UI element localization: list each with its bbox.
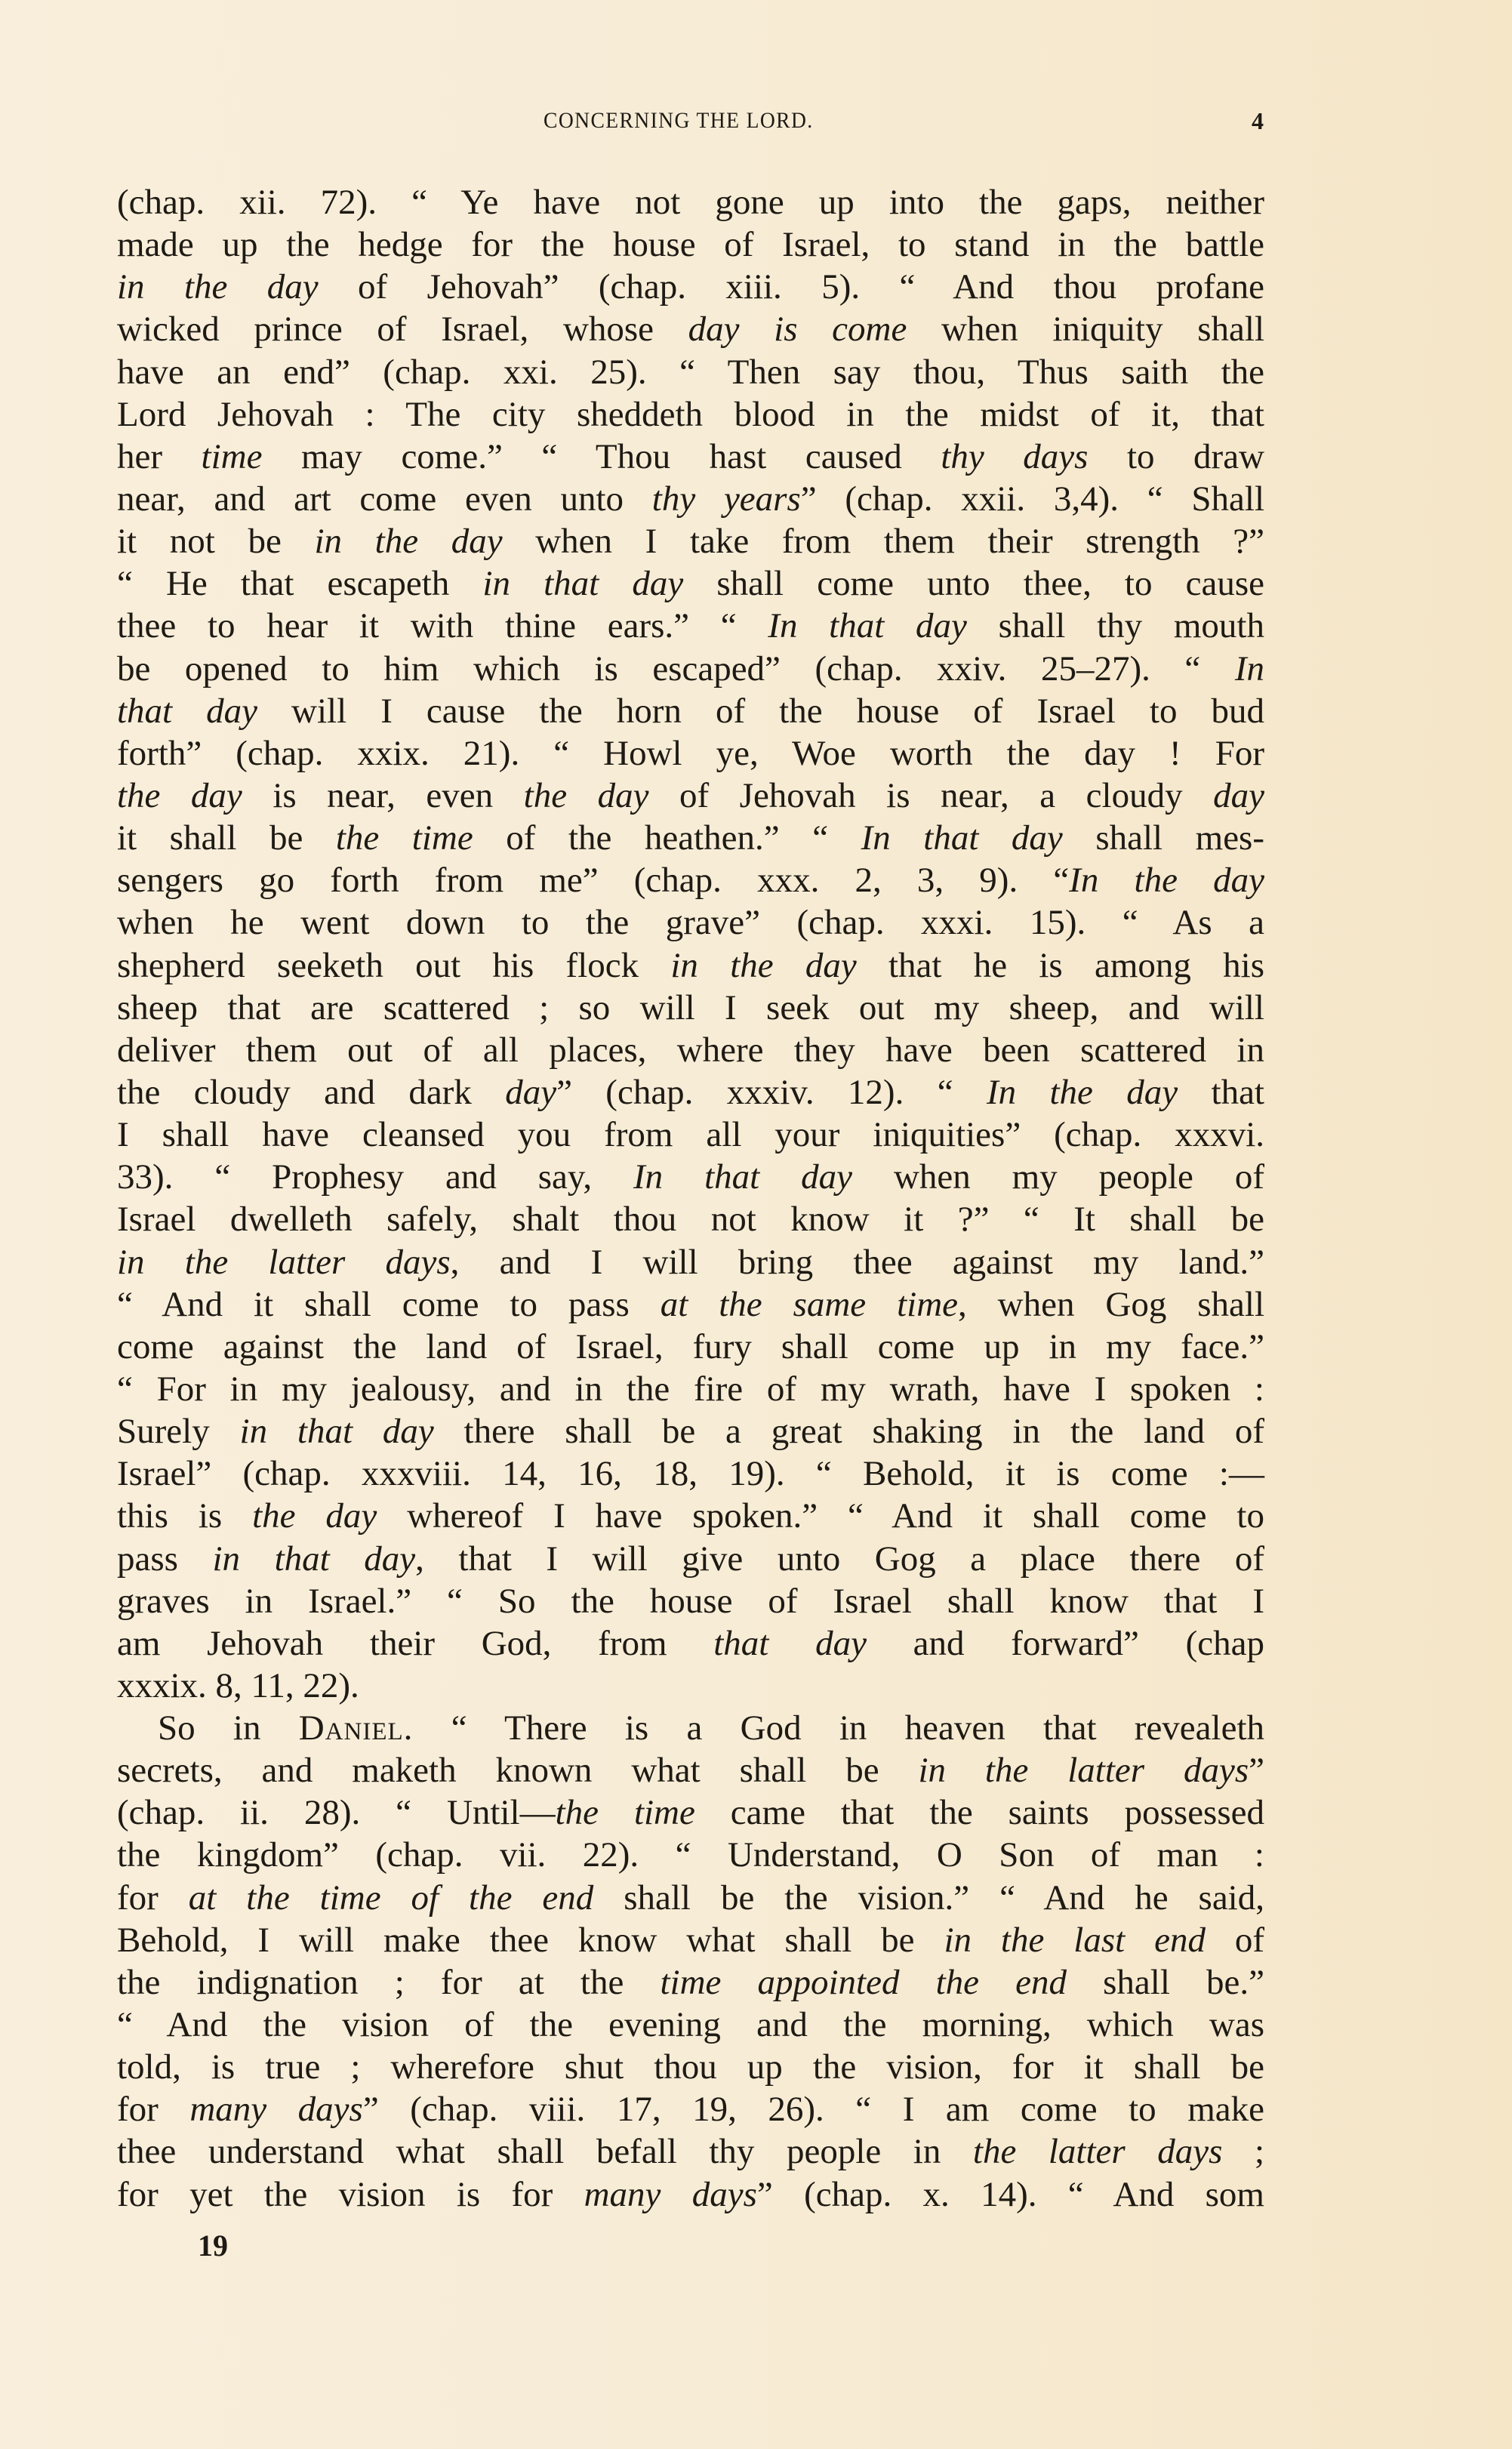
italic-emphasis: day <box>1213 776 1264 815</box>
text-line: “ For in my jealousy, and in the fire of… <box>117 1368 1264 1410</box>
text-run: and forward” (chap <box>867 1624 1264 1663</box>
text-run: when I take from them their strength ?” <box>503 522 1264 561</box>
page-number: 4 <box>1252 104 1264 137</box>
text-line: Israel dwelleth safely, shalt thou not k… <box>117 1198 1264 1240</box>
italic-emphasis: at the time of the end <box>189 1878 594 1918</box>
text-run: shall be.” <box>1067 1963 1264 2002</box>
text-run: ” (chap. xxxiv. 12). “ <box>556 1073 987 1112</box>
italic-emphasis: the day <box>252 1496 377 1536</box>
italic-emphasis: the latter days <box>973 2132 1223 2171</box>
text-run: the cloudy and dark <box>117 1073 505 1112</box>
text-line: the kingdom” (chap. vii. 22). “ Understa… <box>117 1834 1264 1876</box>
text-line: “ He that escapeth in that day shall com… <box>117 562 1264 605</box>
text-run: secrets, and maketh known what shall be <box>117 1751 918 1790</box>
text-run: shall thy mouth <box>967 606 1264 645</box>
text-line: (chap. xii. 72). “ Ye have not gone up i… <box>117 181 1264 223</box>
text-run: , that I will give unto Gog a place ther… <box>415 1539 1264 1579</box>
text-line: Israel” (chap. xxxviii. 14, 16, 18, 19).… <box>117 1452 1264 1495</box>
italic-emphasis: In the day <box>987 1073 1178 1112</box>
italic-emphasis: thy days <box>941 437 1088 476</box>
italic-emphasis: the day <box>117 776 242 815</box>
text-run: it shall be <box>117 818 336 858</box>
text-run: this is <box>117 1496 252 1536</box>
text-line: it not be in the day when I take from th… <box>117 520 1264 562</box>
text-run: thee understand what shall befall thy pe… <box>117 2132 973 2171</box>
text-run: of the heathen.” “ <box>473 818 861 858</box>
text-line: the cloudy and dark day” (chap. xxxiv. 1… <box>117 1071 1264 1114</box>
text-run: , and I will bring thee against my land.… <box>451 1243 1264 1282</box>
text-line: Behold, I will make thee know what shall… <box>117 1919 1264 1961</box>
text-line: come against the land of Israel, fury sh… <box>117 1326 1264 1368</box>
italic-emphasis: in that day <box>482 564 683 603</box>
text-line: “ And it shall come to pass at the same … <box>117 1283 1264 1326</box>
text-run: , when Gog shall <box>958 1285 1264 1324</box>
text-run: is near, even <box>242 776 524 815</box>
text-run: shepherd seeketh out his flock <box>117 946 670 985</box>
italic-emphasis: time appointed the end <box>660 1963 1067 2002</box>
text-run: am Jehovah their God, from <box>117 1624 713 1663</box>
text-line: have an end” (chap. xxi. 25). “ Then say… <box>117 351 1264 393</box>
text-run: “ For in my jealousy, and in the fire of… <box>117 1369 1264 1409</box>
text-line: forth” (chap. xxix. 21). “ Howl ye, Woe … <box>117 732 1264 775</box>
text-run: that he is among his <box>857 946 1264 985</box>
text-run: of Jehovah” (chap. xiii. 5). “ And thou … <box>319 267 1264 307</box>
text-run: Lord Jehovah : The city sheddeth blood i… <box>117 395 1264 434</box>
text-run: for <box>117 2090 189 2129</box>
text-run: Israel dwelleth safely, shalt thou not k… <box>117 1200 1264 1239</box>
italic-emphasis: the day <box>524 776 649 815</box>
text-run: it not be <box>117 522 314 561</box>
text-line: the indignation ; for at the time appoin… <box>117 1961 1264 2004</box>
text-run: the indignation ; for at the <box>117 1963 660 2002</box>
text-run: to draw <box>1088 437 1264 476</box>
italic-emphasis: day <box>505 1073 556 1112</box>
italic-emphasis: thy years <box>652 479 801 519</box>
text-run: ” (chap. x. 14). “ And som <box>757 2175 1264 2214</box>
text-run: ” (chap. viii. 17, 19, 26). “ I am come … <box>363 2090 1264 2129</box>
text-line: it shall be the time of the heathen.” “ … <box>117 817 1264 859</box>
text-line: her time may come.” “ Thou hast caused t… <box>117 436 1264 478</box>
italic-emphasis: the time <box>556 1793 695 1832</box>
text-line: the day is near, even the day of Jehovah… <box>117 775 1264 817</box>
text-run: ” (chap. xxii. 3,4). “ Shall <box>801 479 1264 519</box>
text-line: for many days” (chap. viii. 17, 19, 26).… <box>117 2088 1264 2130</box>
text-run: thee to hear it with thine ears.” “ <box>117 606 768 645</box>
text-run: will I cause the horn of the house of Is… <box>257 692 1264 731</box>
text-line: deliver them out of all places, where th… <box>117 1029 1264 1071</box>
text-run: sengers go forth from me” (chap. xxx. 2,… <box>117 861 1069 900</box>
text-line: be opened to him which is escaped” (chap… <box>117 648 1264 690</box>
italic-emphasis: in the latter days <box>117 1243 451 1282</box>
text-run: when iniquity shall <box>907 310 1264 349</box>
text-line: shepherd seeketh out his flock in the da… <box>117 944 1264 987</box>
text-run: when my people of <box>852 1157 1264 1197</box>
text-line: So in Daniel. “ There is a God in heaven… <box>117 1707 1264 1749</box>
text-run: have an end” (chap. xxi. 25). “ Then say… <box>117 353 1264 392</box>
text-line: Surely in that day there shall be a grea… <box>117 1410 1264 1452</box>
italic-emphasis: In that day <box>768 606 967 645</box>
text-run: xxxix. 8, 11, 22). <box>117 1666 359 1705</box>
text-run: Israel” (chap. xxxviii. 14, 16, 18, 19).… <box>117 1454 1264 1493</box>
text-run: for <box>117 1878 189 1918</box>
text-line: pass in that day, that I will give unto … <box>117 1538 1264 1580</box>
italic-emphasis: in that day <box>240 1412 434 1451</box>
text-run: the kingdom” (chap. vii. 22). “ Understa… <box>117 1835 1264 1874</box>
text-run: her <box>117 437 202 476</box>
italic-emphasis: In the day <box>1069 861 1264 900</box>
italic-emphasis: in the latter days <box>918 1751 1249 1790</box>
book-page: CONCERNING THE LORD. 4 (chap. xii. 72). … <box>0 0 1512 2449</box>
text-run: Behold, I will make thee know what shall… <box>117 1921 944 1960</box>
text-run: shall mes- <box>1063 818 1264 858</box>
text-run: sheep that are scattered ; so will I see… <box>117 988 1264 1027</box>
italic-emphasis: at the same time <box>661 1285 958 1324</box>
text-run: whereof I have spoken.” “ And it shall c… <box>377 1496 1264 1536</box>
italic-emphasis: time <box>202 437 263 476</box>
text-run: ” <box>1249 1751 1264 1790</box>
text-run: 33). “ Prophesy and say, <box>117 1157 633 1197</box>
text-run: made up the hedge for the house of Israe… <box>117 225 1264 264</box>
text-line: for yet the vision is for many days” (ch… <box>117 2173 1264 2216</box>
italic-emphasis: day is come <box>688 310 907 349</box>
text-run: when he went down to the grave” (chap. x… <box>117 903 1264 942</box>
text-line: am Jehovah their God, from that day and … <box>117 1622 1264 1665</box>
italic-emphasis: in the last end <box>944 1921 1205 1960</box>
italic-emphasis: that day <box>117 692 257 731</box>
text-line: that day will I cause the horn of the ho… <box>117 690 1264 732</box>
text-line: sengers go forth from me” (chap. xxx. 2,… <box>117 859 1264 901</box>
italic-emphasis: in that day <box>212 1539 415 1579</box>
text-line: made up the hedge for the house of Israe… <box>117 223 1264 266</box>
text-run: “ And it shall come to pass <box>117 1285 661 1324</box>
text-run: that <box>1178 1073 1264 1112</box>
text-line: graves in Israel.” “ So the house of Isr… <box>117 1580 1264 1622</box>
text-line: told, is true ; wherefore shut thou up t… <box>117 2046 1264 2088</box>
text-run: there shall be a great shaking in the la… <box>434 1412 1264 1451</box>
text-line: thee understand what shall befall thy pe… <box>117 2130 1264 2173</box>
italic-emphasis: In that day <box>861 818 1063 858</box>
text-run: “ And the vision of the evening and the … <box>117 2005 1264 2044</box>
text-line: Lord Jehovah : The city sheddeth blood i… <box>117 393 1264 436</box>
text-run: for yet the vision is for <box>117 2175 584 2214</box>
text-run: of Jehovah is near, a cloudy <box>648 776 1213 815</box>
text-line: 33). “ Prophesy and say, In that day whe… <box>117 1156 1264 1198</box>
text-run: near, and art come even unto <box>117 479 652 519</box>
italic-emphasis: the time <box>336 818 473 858</box>
italic-emphasis: many days <box>584 2175 757 2214</box>
text-run: told, is true ; wherefore shut thou up t… <box>117 2047 1264 2087</box>
text-run: of <box>1206 1921 1264 1960</box>
text-run: shall come unto thee, to cause <box>683 564 1264 603</box>
italic-emphasis: In that day <box>633 1157 852 1197</box>
text-run: Surely <box>117 1412 240 1451</box>
text-run: “ There is a God in heaven that revealet… <box>413 1708 1264 1748</box>
text-line: near, and art come even unto thy years” … <box>117 478 1264 520</box>
text-line: when he went down to the grave” (chap. x… <box>117 901 1264 944</box>
text-line: secrets, and maketh known what shall be … <box>117 1749 1264 1791</box>
text-line: this is the day whereof I have spoken.” … <box>117 1495 1264 1537</box>
text-run: forth” (chap. xxix. 21). “ Howl ye, Woe … <box>117 734 1264 773</box>
text-run: I shall have cleansed you from all your … <box>117 1115 1264 1154</box>
italic-emphasis: in the day <box>314 522 502 561</box>
text-run: (chap. ii. 28). “ Until— <box>117 1793 556 1832</box>
text-run: be opened to him which is escaped” (chap… <box>117 649 1235 688</box>
signature-mark: 19 <box>198 2227 228 2265</box>
italic-emphasis: In <box>1235 649 1264 688</box>
text-line: in the day of Jehovah” (chap. xiii. 5). … <box>117 266 1264 308</box>
text-line: sheep that are scattered ; so will I see… <box>117 987 1264 1029</box>
text-run: came that the saints possessed <box>695 1793 1264 1832</box>
text-line: for at the time of the end shall be the … <box>117 1877 1264 1919</box>
text-run: wicked prince of Israel, whose <box>117 310 688 349</box>
text-line: (chap. ii. 28). “ Until—the time came th… <box>117 1791 1264 1834</box>
italic-emphasis: in the day <box>117 267 319 307</box>
text-line: thee to hear it with thine ears.” “ In t… <box>117 605 1264 647</box>
text-run: ; <box>1222 2132 1264 2171</box>
italic-emphasis: many days <box>189 2090 362 2129</box>
italic-emphasis: in the day <box>670 946 856 985</box>
text-line: xxxix. 8, 11, 22). <box>117 1665 1264 1707</box>
text-run: shall be the vision.” “ And he said, <box>593 1878 1264 1918</box>
text-line: wicked prince of Israel, whose day is co… <box>117 308 1264 350</box>
body-text: (chap. xii. 72). “ Ye have not gone up i… <box>117 181 1264 2216</box>
text-run: come against the land of Israel, fury sh… <box>117 1327 1264 1366</box>
text-run: (chap. xii. 72). “ Ye have not gone up i… <box>117 183 1264 222</box>
text-line: in the latter days, and I will bring the… <box>117 1241 1264 1283</box>
italic-emphasis: that day <box>713 1624 867 1663</box>
running-head-title: CONCERNING THE LORD. <box>494 104 863 137</box>
text-run: graves in Israel.” “ So the house of Isr… <box>117 1582 1264 1621</box>
text-line: I shall have cleansed you from all your … <box>117 1114 1264 1156</box>
text-run: deliver them out of all places, where th… <box>117 1030 1264 1070</box>
text-run: may come.” “ Thou hast caused <box>262 437 941 476</box>
text-run: pass <box>117 1539 212 1579</box>
text-run: So in <box>158 1708 299 1748</box>
small-caps-name: Daniel. <box>299 1708 414 1748</box>
text-line: “ And the vision of the evening and the … <box>117 2004 1264 2046</box>
text-run: “ He that escapeth <box>117 564 482 603</box>
